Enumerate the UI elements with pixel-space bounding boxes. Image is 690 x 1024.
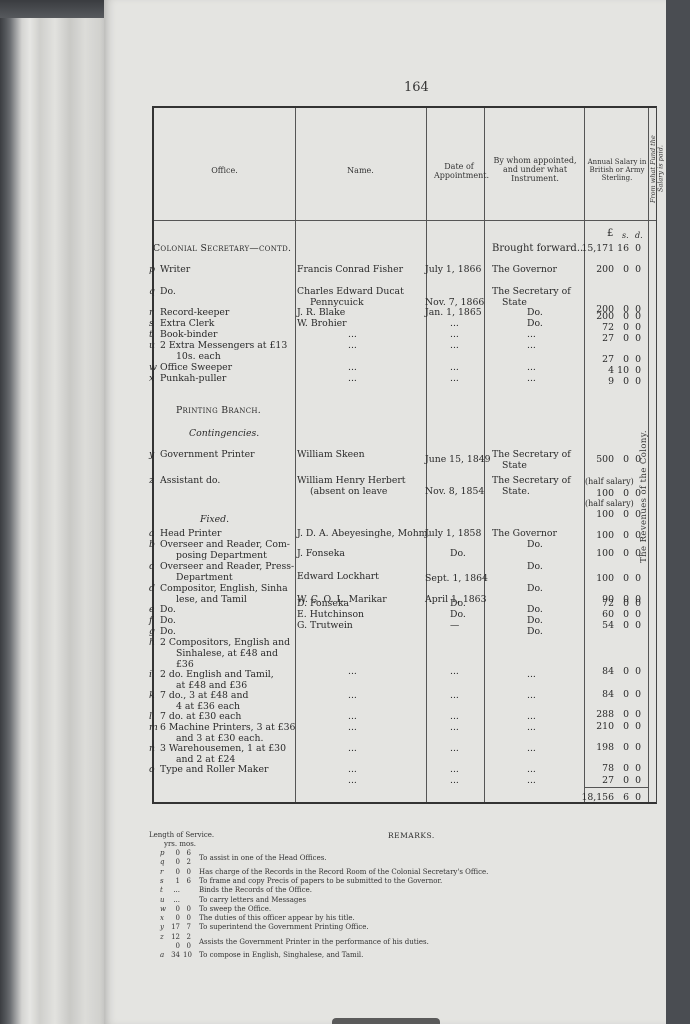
row-pence: 0 xyxy=(631,666,641,677)
row-name: E. Hutchinson xyxy=(297,609,364,620)
remark-months: 7 xyxy=(183,923,191,932)
service-units: yrs. mos. xyxy=(164,840,196,849)
row-pounds: 54 xyxy=(580,620,614,631)
row-name: ... xyxy=(348,666,357,677)
header-appointed-by: By whom appointed, and under what Instru… xyxy=(486,156,584,184)
row-office: 3 Warehousemen, 1 at £30 xyxy=(160,743,286,754)
shillings-symbol: s. xyxy=(622,230,629,241)
row-shillings: 0 xyxy=(615,354,629,365)
row-appointed-by: Do. xyxy=(527,539,543,550)
row-name-cont: (absent on leave xyxy=(310,486,387,497)
row-pounds: 72 xyxy=(580,598,614,609)
row-name: ... xyxy=(348,373,357,384)
remark-text: The duties of this officer appear by his… xyxy=(199,914,355,923)
row-letter: f xyxy=(149,615,152,626)
brought-forward-label: Brought forward.. xyxy=(492,243,583,254)
row-name: G. Trutwein xyxy=(297,620,353,631)
fund-label: The Revenues of the Colony. xyxy=(639,430,649,563)
row-office: Office Sweeper xyxy=(160,362,232,373)
row-pence: 0 xyxy=(631,376,641,387)
page-number: 164 xyxy=(404,80,429,95)
row-pence: 0 xyxy=(631,689,641,700)
row-pence: 0 xyxy=(631,573,641,584)
row-name: ... xyxy=(348,340,357,351)
remark-months: 2 xyxy=(183,858,191,867)
remark-months: 10 xyxy=(183,951,191,960)
row-shillings: 0 xyxy=(615,598,629,609)
row-letter: n xyxy=(149,743,155,754)
remark-years: 12 xyxy=(170,933,180,942)
row-letter: b xyxy=(149,539,155,550)
remark-letter: a xyxy=(160,951,164,960)
pounds-symbol: £ xyxy=(607,228,613,239)
total-shillings: 6 xyxy=(615,792,629,803)
row-shillings: 0 xyxy=(615,509,629,520)
row-pence: 0 xyxy=(631,620,641,631)
row-office: Do. xyxy=(160,626,176,637)
fixed-title: Fixed. xyxy=(200,514,229,525)
row-letter: e xyxy=(149,604,155,615)
row-pounds: 198 xyxy=(580,742,614,753)
row-salary-note: (half salary) xyxy=(585,476,634,487)
row-name: ... xyxy=(348,775,357,786)
row-date: Do. xyxy=(450,609,466,620)
remarks-title: REMARKS. xyxy=(388,831,435,840)
remark-months: 6 xyxy=(183,877,191,886)
row-date: ... xyxy=(450,775,459,786)
remark-text: To superintend the Government Printing O… xyxy=(199,923,369,932)
row-letter: t xyxy=(149,329,153,340)
row-office: Assistant do. xyxy=(160,475,220,486)
row-appointed-by: Do. xyxy=(527,561,543,572)
row-office: Book-binder xyxy=(160,329,217,340)
remark-text: To carry letters and Messages xyxy=(199,896,306,905)
row-name: Charles Edward Ducat xyxy=(297,286,404,297)
remark-letter: p xyxy=(160,849,164,858)
book-page-edges xyxy=(0,0,110,1024)
remark-text: To assist in one of the Head Offices. xyxy=(199,854,327,863)
total-pence: 0 xyxy=(631,792,641,803)
row-name: D. Fonseka xyxy=(297,598,349,609)
row-pounds: 60 xyxy=(580,609,614,620)
row-shillings: 0 xyxy=(615,775,629,786)
row-name: J. Fonseka xyxy=(297,548,345,559)
row-date: ... xyxy=(450,743,459,754)
row-letter: u xyxy=(149,340,155,351)
row-name: ... xyxy=(348,362,357,373)
row-letter: z xyxy=(149,475,154,486)
row-pounds: 9 xyxy=(580,376,614,387)
row-office: 7 do. at £30 each xyxy=(160,711,241,722)
remark-months: 6 xyxy=(183,849,191,858)
row-pence: 0 xyxy=(631,354,641,365)
row-pence: 0 xyxy=(631,322,641,333)
row-appointed-by: Do. xyxy=(527,626,543,637)
remark-years: 0 xyxy=(170,868,180,877)
row-appointed-by: Do. xyxy=(527,615,543,626)
section-title: Colonial Secretary—contd. xyxy=(153,243,291,254)
row-shillings: 0 xyxy=(615,548,629,559)
row-date: Jan. 1, 1865 xyxy=(425,307,482,318)
row-date: ... xyxy=(450,690,459,701)
row-date: July 1, 1866 xyxy=(425,264,481,275)
row-shillings: 0 xyxy=(615,620,629,631)
row-pence: 0 xyxy=(631,598,641,609)
brought-forward-pounds: 15,171 xyxy=(580,243,614,254)
row-date: ... xyxy=(450,764,459,775)
row-pence: 0 xyxy=(631,311,641,322)
row-appointed-by: ... xyxy=(527,373,536,384)
row-name: ... xyxy=(348,711,357,722)
row-letter: q xyxy=(149,286,155,297)
row-letter: y xyxy=(149,449,154,460)
row-appointed-by-cont: State xyxy=(502,460,527,471)
row-pounds: 84 xyxy=(580,689,614,700)
row-letter: r xyxy=(149,307,153,318)
row-letter: p xyxy=(149,264,155,275)
row-shillings: 0 xyxy=(615,689,629,700)
remark-months: 0 xyxy=(183,868,191,877)
row-office: Compositor, English, Sinha xyxy=(160,583,288,594)
row-name: Edward Lockhart xyxy=(297,571,379,582)
row-pence: 0 xyxy=(631,775,641,786)
row-shillings: 0 xyxy=(615,311,629,322)
row-office: Overseer and Reader, Com- xyxy=(160,539,290,550)
contingencies-title: Contingencies. xyxy=(189,428,259,439)
remark-letter: r xyxy=(160,868,163,877)
row-office: 2 Compositors, English and xyxy=(160,637,290,648)
scanner-bar xyxy=(332,1018,440,1024)
row-office: 6 Machine Printers, 3 at £36 xyxy=(160,722,295,733)
row-pence: 0 xyxy=(631,721,641,732)
row-office-cont: Sinhalese, at £48 and xyxy=(176,648,278,659)
printing-branch-title: Printing Branch. xyxy=(176,405,261,416)
row-letter: i xyxy=(149,669,152,680)
pence-symbol: d. xyxy=(635,230,643,241)
remark-years: 34 xyxy=(170,951,180,960)
row-letter: c xyxy=(149,561,154,572)
row-appointed-by: The Secretary of xyxy=(492,286,571,297)
row-appointed-by: Do. xyxy=(527,583,543,594)
row-shillings: 0 xyxy=(615,333,629,344)
row-office: Overseer and Reader, Press- xyxy=(160,561,294,572)
remark-years: ... xyxy=(170,886,180,895)
row-appointed-by: ... xyxy=(527,722,536,733)
col-divider-name xyxy=(295,108,296,802)
row-shillings: 0 xyxy=(615,530,629,541)
row-pounds: 72 xyxy=(580,322,614,333)
brought-forward-shillings: 16 xyxy=(615,243,629,254)
row-pence: 0 xyxy=(631,333,641,344)
row-letter: o xyxy=(149,764,155,775)
row-name: ... xyxy=(348,690,357,701)
total-rule xyxy=(584,787,648,788)
remark-years: 0 xyxy=(170,858,180,867)
row-shillings: 0 xyxy=(615,666,629,677)
row-letter: d xyxy=(149,583,155,594)
row-pounds: 200 xyxy=(580,264,614,275)
remark-years: 17 xyxy=(170,923,180,932)
row-office: Extra Clerk xyxy=(160,318,214,329)
row-date: — xyxy=(450,620,459,631)
row-office: Do. xyxy=(160,604,176,615)
header-fund: From what Fund the Salary is paid. xyxy=(650,124,665,214)
row-date: ... xyxy=(450,373,459,384)
row-office: Head Printer xyxy=(160,528,221,539)
header-rule xyxy=(154,220,656,221)
row-pounds: 100 xyxy=(580,530,614,541)
row-letter: k xyxy=(149,690,155,701)
row-pounds: 210 xyxy=(580,721,614,732)
row-shillings: 0 xyxy=(615,763,629,774)
row-shillings: 10 xyxy=(615,365,629,376)
row-pence: 0 xyxy=(631,609,641,620)
row-name: J. D. A. Abeyesinghe, Mohm. xyxy=(297,528,430,539)
row-appointed-by: ... xyxy=(527,690,536,701)
row-office: Government Printer xyxy=(160,449,255,460)
row-shillings: 0 xyxy=(615,376,629,387)
remark-years: ... xyxy=(170,896,180,905)
remark-years: 1 xyxy=(170,877,180,886)
row-pounds: 100 xyxy=(580,509,614,520)
row-office-cont: 10s. each xyxy=(176,351,221,362)
row-date: ... xyxy=(450,362,459,373)
row-office-cont: Department xyxy=(176,572,233,583)
row-office: Do. xyxy=(160,286,176,297)
row-appointed-by: Do. xyxy=(527,604,543,615)
row-letter: m xyxy=(149,722,158,733)
row-office: Do. xyxy=(160,615,176,626)
remark-text: To sweep the Office. xyxy=(199,905,271,914)
row-date: July 1, 1858 xyxy=(425,528,481,539)
row-date: June 15, 1849 xyxy=(425,454,491,465)
row-name: Francis Conrad Fisher xyxy=(297,264,403,275)
row-appointed-by: The Secretary of xyxy=(492,475,571,486)
row-appointed-by-cont: State xyxy=(502,297,527,308)
header-name: Name. xyxy=(295,166,426,175)
remark-letter: t xyxy=(160,886,163,895)
remark-years: 0 xyxy=(170,942,180,951)
row-office: Record-keeper xyxy=(160,307,229,318)
row-appointed-by: ... xyxy=(527,329,536,340)
row-pounds: 78 xyxy=(580,763,614,774)
row-pence: 0 xyxy=(631,365,641,376)
row-office: 7 do., 3 at £48 and xyxy=(160,690,248,701)
remark-months: 0 xyxy=(183,905,191,914)
row-name: J. R. Blake xyxy=(297,307,345,318)
remark-months: 2 xyxy=(183,933,191,942)
row-shillings: 0 xyxy=(615,721,629,732)
remark-letter: q xyxy=(160,858,164,867)
row-office: Type and Roller Maker xyxy=(160,764,268,775)
row-pounds: 100 xyxy=(580,573,614,584)
book-cover-top xyxy=(0,0,120,18)
row-shillings: 0 xyxy=(615,264,629,275)
row-appointed-by: The Governor xyxy=(492,264,557,275)
row-pounds: 27 xyxy=(580,333,614,344)
row-pounds: 288 xyxy=(580,709,614,720)
remark-years: 0 xyxy=(170,914,180,923)
row-shillings: 0 xyxy=(615,609,629,620)
row-appointed-by: The Secretary of xyxy=(492,449,571,460)
row-shillings: 0 xyxy=(615,709,629,720)
row-name: William Skeen xyxy=(297,449,365,460)
row-appointed-by: ... xyxy=(527,743,536,754)
remark-letter: x xyxy=(160,914,164,923)
row-salary-note: (half salary) xyxy=(585,498,634,509)
row-pence: 0 xyxy=(631,264,641,275)
header-office: Office. xyxy=(154,166,295,175)
remark-text: Assists the Government Printer in the pe… xyxy=(199,938,429,947)
row-date: Do. xyxy=(450,548,466,559)
row-pounds: 84 xyxy=(580,666,614,677)
row-shillings: 0 xyxy=(615,742,629,753)
row-pence: 0 xyxy=(631,763,641,774)
row-letter: l xyxy=(149,711,152,722)
row-pounds: 27 xyxy=(580,775,614,786)
brought-forward-pence: 0 xyxy=(631,243,641,254)
row-appointed-by: Do. xyxy=(527,318,543,329)
remark-letter: u xyxy=(160,896,165,905)
row-pounds: 100 xyxy=(580,548,614,559)
row-date: ... xyxy=(450,722,459,733)
row-office: 2 do. English and Tamil, xyxy=(160,669,274,680)
row-letter: h xyxy=(149,637,155,648)
row-name: ... xyxy=(348,764,357,775)
row-date: Nov. 8, 1854 xyxy=(425,486,484,497)
row-letter: s xyxy=(149,318,154,329)
row-office: Writer xyxy=(160,264,190,275)
row-pence: 0 xyxy=(631,709,641,720)
row-appointed-by: ... xyxy=(527,711,536,722)
remark-years: 0 xyxy=(170,849,180,858)
row-office: 2 Extra Messengers at £13 xyxy=(160,340,287,351)
row-date: ... xyxy=(450,711,459,722)
total-pounds: 18,156 xyxy=(570,792,614,803)
row-pence: 0 xyxy=(631,742,641,753)
row-appointed-by: ... xyxy=(527,669,536,680)
row-appointed-by: ... xyxy=(527,775,536,786)
row-date: ... xyxy=(450,666,459,677)
remark-months: 0 xyxy=(183,914,191,923)
row-letter: x xyxy=(149,373,154,384)
remark-letter: z xyxy=(160,933,164,942)
remark-text: To compose in English, Singhalese, and T… xyxy=(199,951,363,960)
row-name: ... xyxy=(348,743,357,754)
row-date: ... xyxy=(450,329,459,340)
row-letter: w xyxy=(149,362,157,373)
row-letter: a xyxy=(149,528,155,539)
row-office-cont: lese, and Tamil xyxy=(176,594,247,605)
row-pounds: 4 xyxy=(580,365,614,376)
row-shillings: 0 xyxy=(615,573,629,584)
remark-text: Binds the Records of the Office. xyxy=(199,886,312,895)
remark-text: Has charge of the Records in the Record … xyxy=(199,868,488,877)
row-appointed-by-cont: State. xyxy=(502,486,530,497)
row-name: William Henry Herbert xyxy=(297,475,406,486)
row-date: Do. xyxy=(450,598,466,609)
row-date: ... xyxy=(450,318,459,329)
row-appointed-by: The Governor xyxy=(492,528,557,539)
row-office-cont: posing Department xyxy=(176,550,267,561)
header-date: Date of Appointment. xyxy=(434,162,484,180)
row-date: Sept. 1, 1864 xyxy=(425,573,488,584)
row-shillings: 0 xyxy=(615,322,629,333)
row-name: W. Brohier xyxy=(297,318,347,329)
row-date: ... xyxy=(450,340,459,351)
remark-letter: w xyxy=(160,905,166,914)
row-appointed-by: ... xyxy=(527,362,536,373)
row-pounds: 500 xyxy=(580,454,614,465)
remark-text: To frame and copy Precis of papers to be… xyxy=(199,877,442,886)
row-appointed-by: Do. xyxy=(527,307,543,318)
remark-years: 0 xyxy=(170,905,180,914)
remark-letter: y xyxy=(160,923,164,932)
header-salary: Annual Salary in British or Army Sterlin… xyxy=(586,158,648,182)
row-name: ... xyxy=(348,329,357,340)
row-letter: g xyxy=(149,626,155,637)
row-pounds: 200 xyxy=(580,311,614,322)
length-of-service-label: Length of Service. xyxy=(149,831,214,840)
row-shillings: 0 xyxy=(615,454,629,465)
remark-letter: s xyxy=(160,877,164,886)
row-name: ... xyxy=(348,722,357,733)
row-appointed-by: ... xyxy=(527,764,536,775)
remark-months: 0 xyxy=(183,942,191,951)
row-office: Punkah-puller xyxy=(160,373,226,384)
row-pounds: 27 xyxy=(580,354,614,365)
row-appointed-by: ... xyxy=(527,340,536,351)
